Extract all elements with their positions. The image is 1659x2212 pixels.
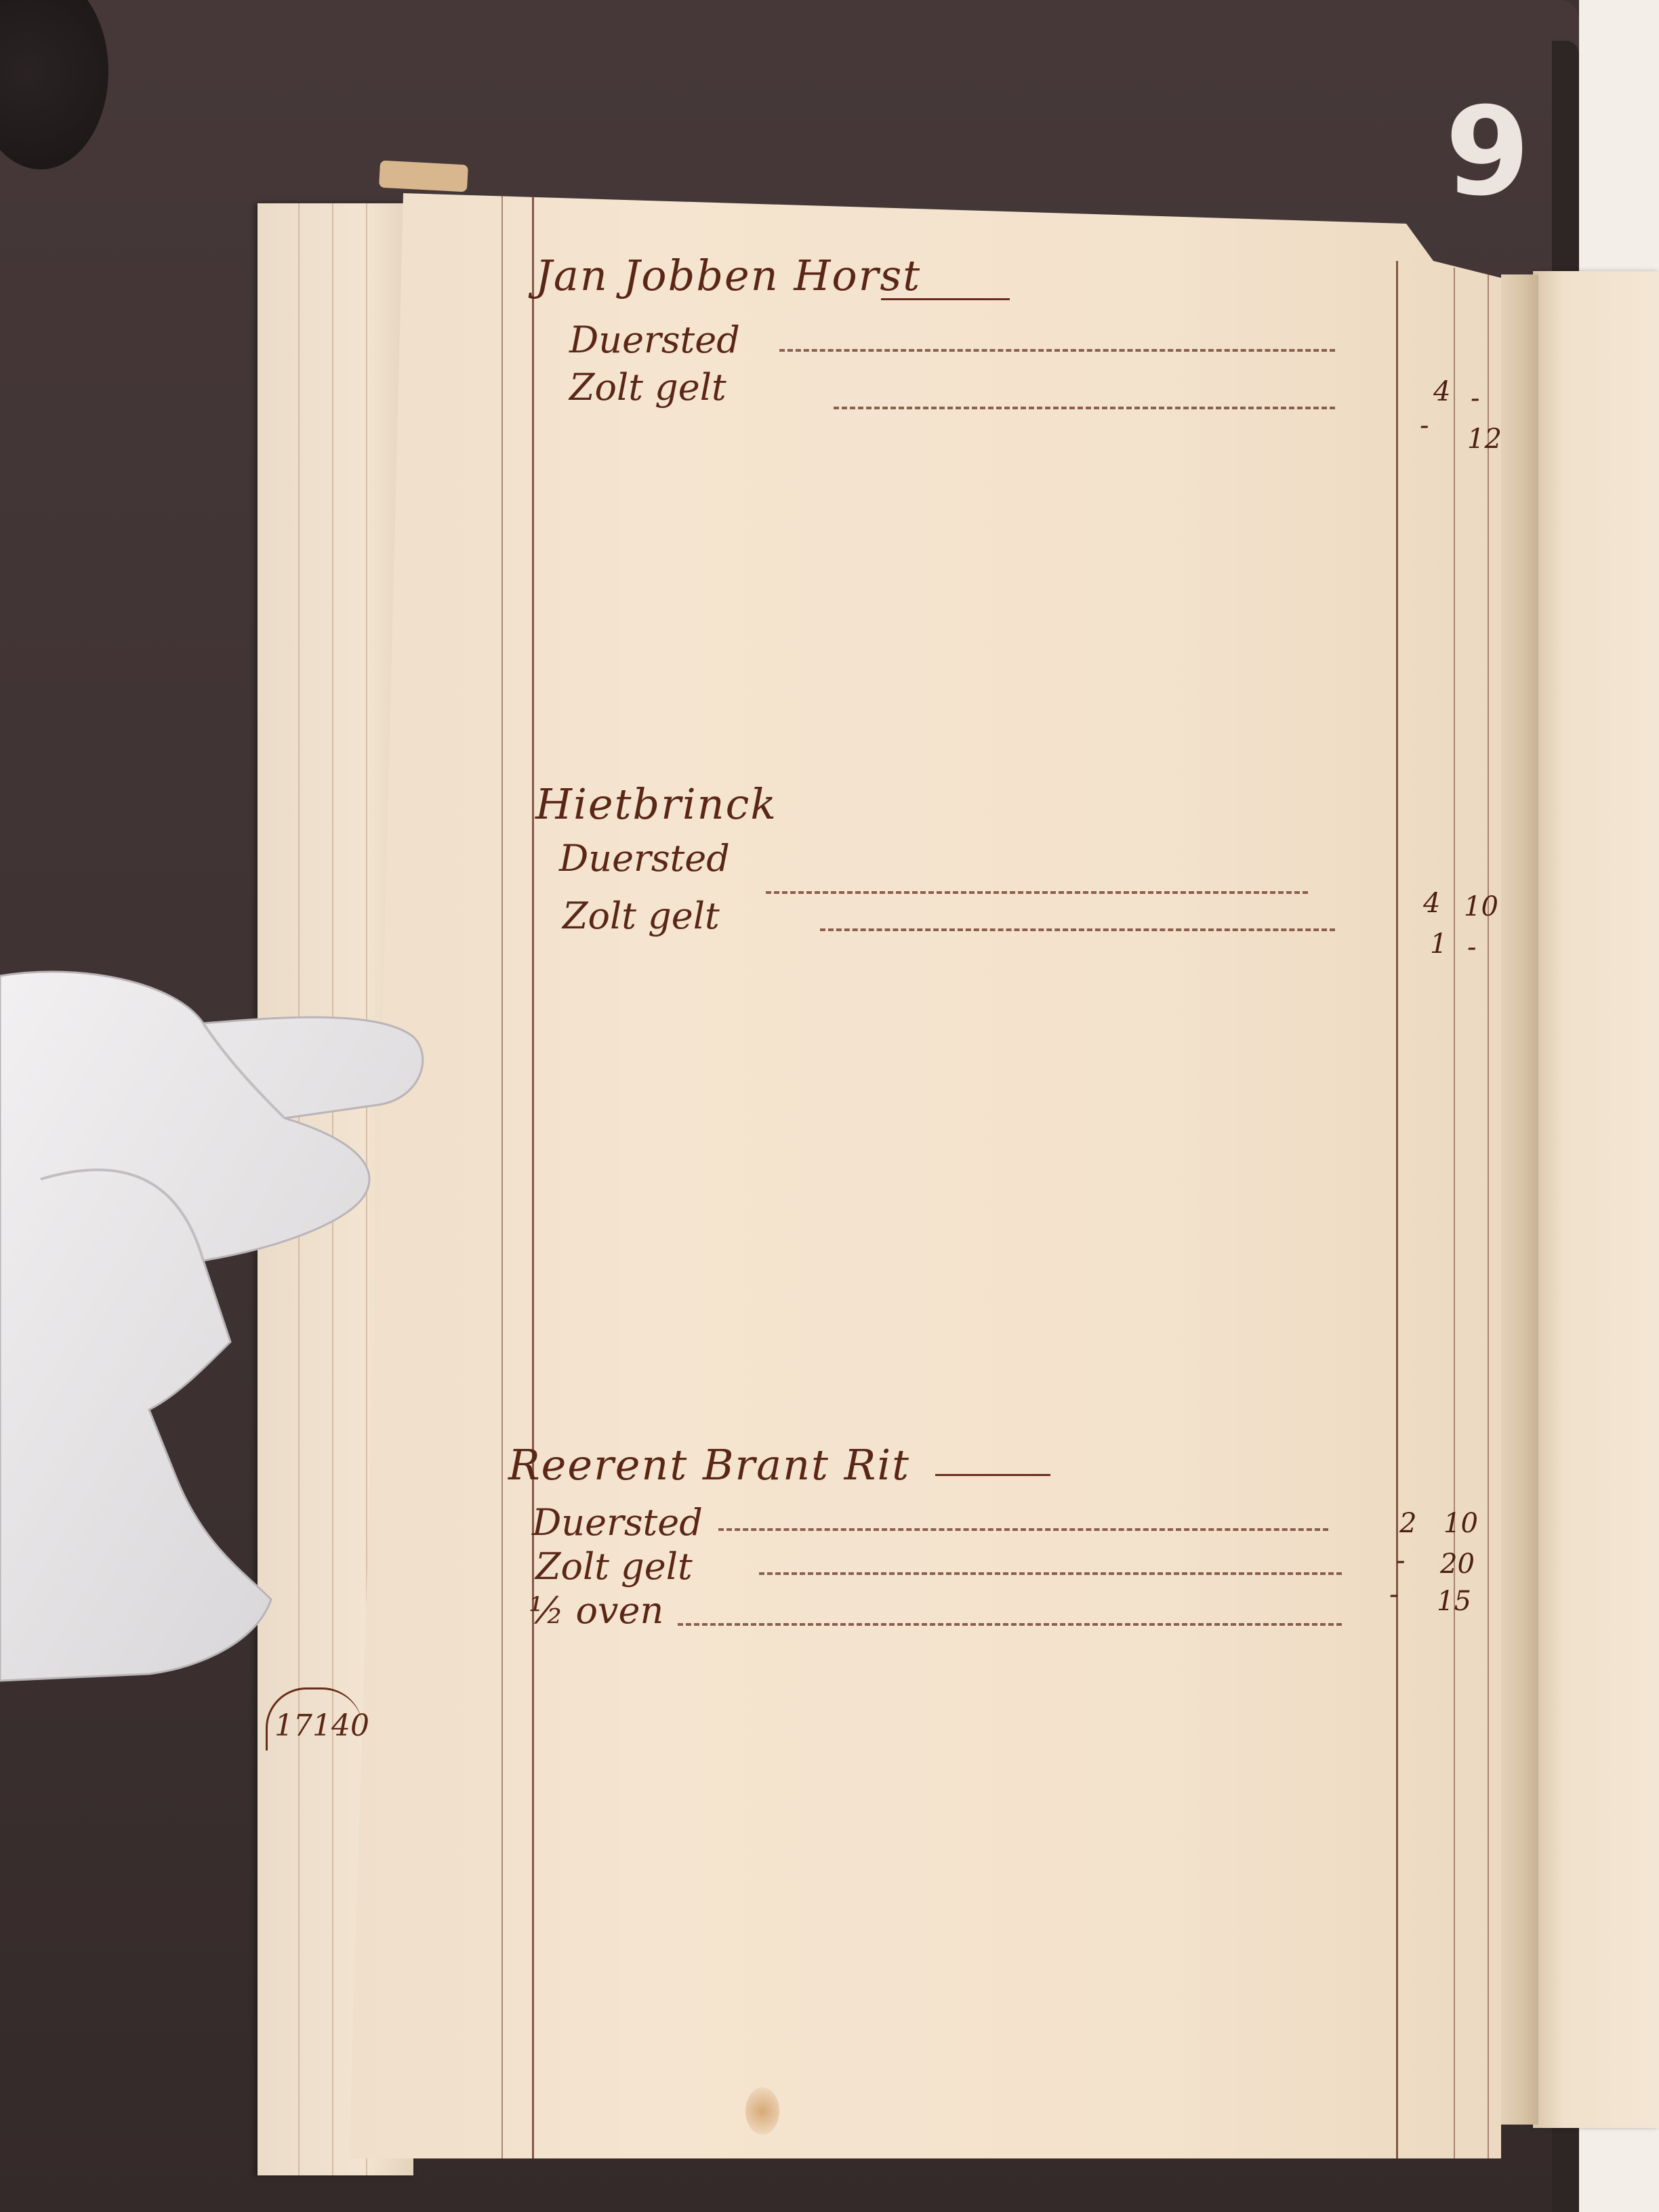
stuivers-value: 20 [1440, 1549, 1475, 1580]
white-glove-hand [0, 962, 434, 1830]
leader-dots [766, 891, 1308, 894]
stuivers-value: 15 [1437, 1586, 1471, 1617]
leader-dots [759, 1572, 1342, 1575]
item-label: Duersted [559, 837, 730, 880]
stuivers-value: 10 [1464, 891, 1498, 922]
name-flourish [881, 298, 1010, 300]
guilders-value: 4 [1423, 888, 1440, 919]
entry-name: Hietbrinck [535, 779, 777, 829]
item-label: Duersted [532, 1501, 703, 1544]
torn-paper-tab [379, 161, 468, 192]
right-edge-rule [1488, 274, 1489, 2158]
stuivers-value: 12 [1467, 424, 1502, 455]
guilders-value: 2 [1399, 1508, 1416, 1539]
facing-page [1533, 271, 1659, 2128]
leader-dots [779, 349, 1335, 352]
ledger-page [349, 193, 1501, 2158]
leader-dots [834, 407, 1335, 409]
guilder-column-rule [1396, 261, 1398, 2158]
item-label: Zolt gelt [535, 1545, 693, 1588]
stuivers-value: 10 [1443, 1508, 1478, 1539]
leader-dots [820, 928, 1335, 931]
item-label: Zolt gelt [569, 366, 726, 409]
leader-dots [678, 1623, 1342, 1626]
left-margin-rule [532, 193, 534, 2158]
entry-name: Reerent Brant Rit [508, 1440, 910, 1490]
stuivers-value: - [1467, 932, 1477, 963]
stuivers-value: - [1471, 383, 1480, 414]
margin-rule-inner [501, 193, 503, 2158]
leader-dots [718, 1528, 1328, 1531]
stuiver-column-rule [1454, 268, 1455, 2158]
guilders-value: 4 [1433, 376, 1450, 407]
name-flourish [935, 1474, 1050, 1476]
guilders-value: - [1396, 1545, 1406, 1576]
guilders-value: 1 [1430, 928, 1447, 960]
guilders-value: - [1420, 410, 1429, 441]
guilders-value: - [1389, 1579, 1399, 1610]
entry-name: Jan Jobben Horst [535, 251, 921, 300]
sheet-number-label: 9 [1440, 95, 1535, 210]
item-label: ½ oven [529, 1589, 663, 1632]
item-label: Zolt gelt [562, 895, 720, 937]
paper-stain [745, 2087, 779, 2135]
page-gutter-fold [1501, 274, 1538, 2125]
item-label: Duersted [569, 319, 740, 361]
